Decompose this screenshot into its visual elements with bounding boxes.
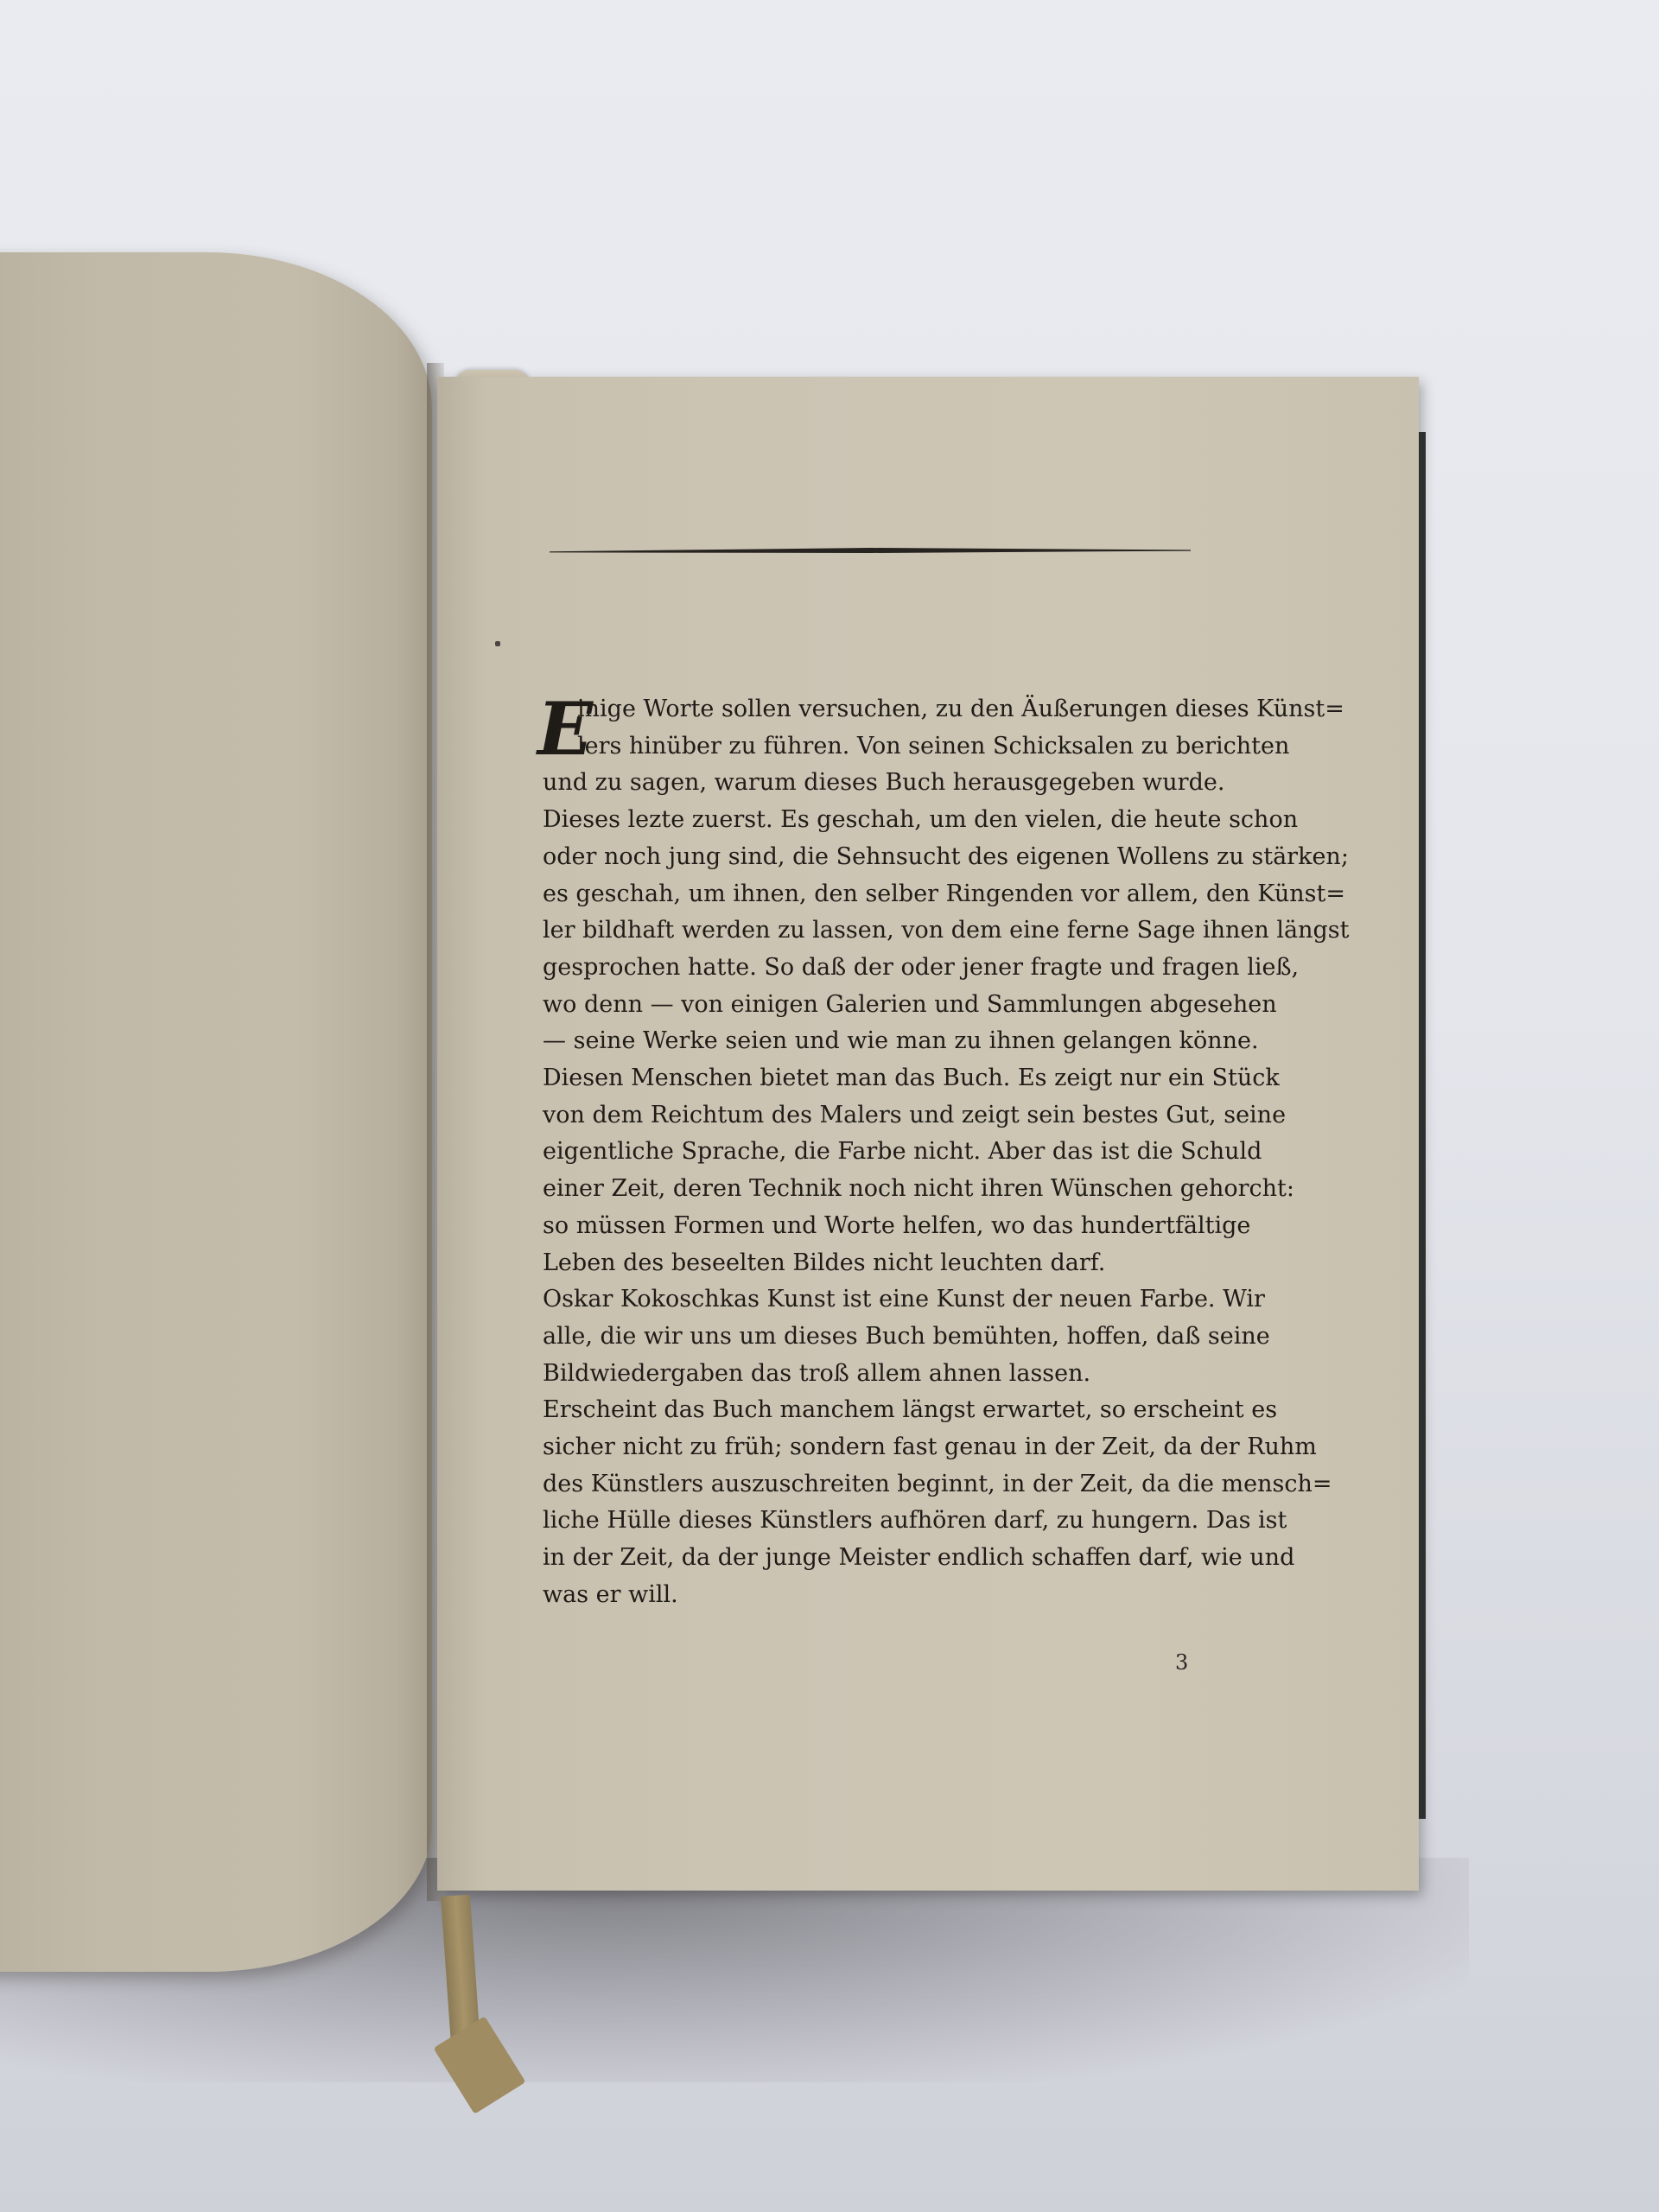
text-line: von dem Reichtum des Malers und zeigt se… (543, 1097, 1191, 1135)
text-line: des Künstlers auszuschreiten beginnt, in… (543, 1466, 1191, 1503)
text-line: Oskar Kokoschkas Kunst ist eine Kunst de… (543, 1281, 1191, 1319)
text-line: liche Hülle dieses Künstlers aufhören da… (543, 1503, 1191, 1540)
left-page (0, 252, 432, 1972)
text-line: alle, die wir uns um dieses Buch bemühte… (543, 1319, 1191, 1356)
text-line: in der Zeit, da der junge Meister endlic… (543, 1540, 1191, 1577)
page-number: 3 (1175, 1650, 1188, 1675)
text-line: was er will. (543, 1577, 1191, 1614)
book-cover-edge (1419, 432, 1426, 1819)
text-line: gesprochen hatte. So daß der oder jener … (543, 950, 1191, 987)
text-line: Leben des beseelten Bildes nicht leuchte… (543, 1245, 1191, 1282)
text-line: ler bildhaft werden zu lassen, von dem e… (543, 912, 1191, 950)
text-line: und zu sagen, warum dieses Buch herausge… (543, 765, 1191, 802)
text-line: oder noch jung sind, die Sehnsucht des e… (543, 839, 1191, 876)
text-line: inige Worte sollen versuchen, zu den Äuß… (543, 691, 1191, 728)
text-line: — seine Werke seien und wie man zu ihnen… (543, 1023, 1191, 1060)
paper-speck (495, 641, 500, 646)
body-text: inige Worte sollen versuchen, zu den Äuß… (543, 691, 1191, 1614)
text-line: sicher nicht zu früh; sondern fast genau… (543, 1429, 1191, 1466)
text-line: Dieses lezte zuerst. Es geschah, um den … (543, 802, 1191, 839)
text-line: so müssen Formen und Worte helfen, wo da… (543, 1208, 1191, 1245)
text-line: es geschah, um ihnen, den selber Ringend… (543, 876, 1191, 913)
text-line: Bildwiedergaben das troß allem ahnen las… (543, 1356, 1191, 1393)
text-line: wo denn — von einigen Galerien und Samml… (543, 987, 1191, 1024)
text-line: Diesen Menschen bietet man das Buch. Es … (543, 1060, 1191, 1097)
text-line: einer Zeit, deren Technik noch nicht ihr… (543, 1171, 1191, 1208)
text-line: eigentliche Sprache, die Farbe nicht. Ab… (543, 1134, 1191, 1171)
text-line: lers hinüber zu führen. Von seinen Schic… (543, 728, 1191, 766)
text-line: Erscheint das Buch manchem längst erwart… (543, 1392, 1191, 1429)
